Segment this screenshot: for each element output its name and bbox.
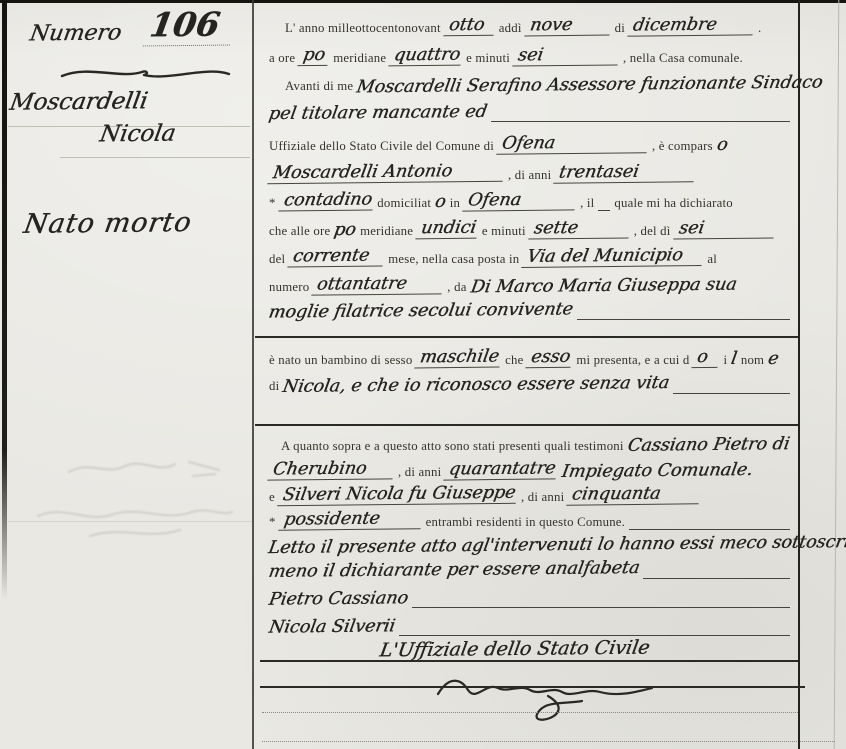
form-line: a orepomeridianequattroe minutisei, nell… — [269, 46, 794, 66]
handwritten-fill: po — [298, 46, 331, 67]
printed-text: * — [269, 195, 276, 212]
handwritten-fill: esso — [526, 348, 574, 369]
form-line: Nicola Silverii — [269, 618, 794, 636]
printed-text: a ore — [269, 50, 295, 67]
handwritten-text: Di Marco Maria Giuseppa sua — [469, 276, 738, 297]
handwritten-fill: Via del Municipio — [522, 246, 706, 268]
handwritten-text: l — [730, 350, 739, 368]
printed-text: entrambi residenti in questo Comune. — [426, 514, 625, 531]
ink-bleedthrough-mark — [63, 452, 233, 486]
printed-text: nom — [741, 352, 764, 369]
handwritten-text: o — [715, 136, 729, 154]
handwritten-text: po — [333, 221, 358, 240]
handwritten-text: Moscardelli Serafino Assessore funzionan… — [355, 74, 824, 97]
form-line: è nato un bambino di sessomaschilecheess… — [269, 348, 794, 368]
form-line: moglie filatrice secolui convivente — [269, 302, 794, 320]
handwritten-fill: maschile — [415, 348, 503, 369]
printed-text: del — [269, 251, 285, 268]
printed-text: mi presenta, e a cui d — [576, 352, 689, 369]
form-line: Cherubino, di anniquarantatreImpiegato C… — [269, 460, 794, 480]
closing-title: L'Uffiziale dello Stato Civile — [378, 639, 651, 662]
handwritten-text: pel titolare mancante ed — [267, 103, 488, 124]
margin-given-name: Nicola — [98, 122, 177, 147]
dotted-footer-line — [262, 712, 800, 713]
handwritten-fill: cinquanta — [567, 484, 703, 506]
official-signature-flourish — [430, 668, 660, 730]
printed-text: , è compars — [652, 138, 713, 155]
handwritten-fill: dicembre — [627, 15, 756, 37]
section-separator — [255, 336, 800, 338]
form-line: eSilveri Nicola fu Giuseppe, di annicinq… — [269, 485, 794, 505]
form-line: L' anno milleottocentonovantottoaddìnove… — [285, 16, 794, 36]
handwritten-text: e — [767, 350, 780, 368]
handwritten-fill: quarantatre — [444, 459, 560, 481]
printed-text: , di anni — [521, 489, 564, 506]
printed-text: che alle ore — [269, 223, 330, 240]
civil-record-page: Numero 106 Moscardelli Nicola Nato morto… — [0, 0, 846, 749]
blank-line — [577, 306, 790, 320]
handwritten-text: moglie filatrice secolui convivente — [267, 300, 574, 322]
printed-text: in — [450, 195, 460, 212]
handwritten-fill: ottantatre — [311, 274, 445, 296]
form-line: Avanti di meMoscardelli Serafino Assesso… — [285, 76, 794, 94]
handwritten-fill: possidente — [278, 509, 424, 531]
printed-text: , del dì — [634, 223, 671, 240]
act-body: L' anno milleottocentonovantottoaddìnove… — [255, 0, 800, 749]
form-line: Moscardelli Antonio, di annitrentasei — [269, 163, 794, 183]
blank-line — [598, 197, 610, 211]
handwritten-fill: quattro — [388, 46, 463, 67]
printed-text: , di anni — [508, 167, 551, 184]
handwritten-fill: Cherubino — [267, 459, 396, 481]
blank-line — [399, 622, 790, 636]
printed-text: Uffiziale dello Stato Civile del Comune … — [269, 138, 494, 155]
printed-text: domiciliat — [377, 195, 431, 212]
printed-text: mese, nella casa posta in — [388, 251, 519, 268]
handwritten-fill: undici — [415, 219, 479, 240]
printed-text: di — [615, 20, 625, 37]
printed-text: numero — [269, 279, 309, 296]
printed-text: Avanti di me — [285, 78, 353, 95]
handwritten-text: Pietro Cassiano — [267, 589, 409, 609]
printed-text: quale mi ha dichiarato — [614, 195, 732, 212]
form-line: delcorrentemese, nella casa posta inVia … — [269, 247, 794, 267]
printed-text: i — [723, 352, 727, 369]
form-line: che alle orepomeridianeundicie minutiset… — [269, 219, 794, 239]
printed-text: di — [269, 378, 279, 395]
printed-text: meridiane — [360, 223, 413, 240]
form-line: Letto il presente atto agl'intervenuti l… — [269, 536, 794, 554]
dotted-footer-line — [262, 741, 835, 742]
printed-text: A quanto sopra e a questo atto sono stat… — [281, 438, 624, 455]
printed-text: , da — [447, 279, 466, 296]
handwritten-fill: nove — [524, 16, 613, 37]
margin-ruled-line — [60, 157, 250, 158]
printed-text: meridiane — [333, 50, 386, 67]
handwritten-fill: o — [692, 348, 721, 369]
form-line: A quanto sopra e a questo atto sono stat… — [281, 436, 794, 454]
handwritten-text: Impiegato Comunale. — [560, 461, 754, 481]
handwritten-text: o — [434, 193, 448, 211]
printed-text: è nato un bambino di sesso — [269, 352, 412, 369]
blank-line — [412, 594, 790, 608]
printed-text: * — [269, 514, 276, 531]
closing-rule — [260, 686, 805, 688]
printed-text: L' anno milleottocentonovant — [285, 20, 441, 37]
form-line: diNicola, e che io riconosco essere senz… — [269, 376, 794, 394]
handwritten-fill: contadino — [278, 191, 375, 212]
printed-text: . — [758, 20, 761, 37]
form-line: *possidenteentrambi residenti in questo … — [269, 510, 794, 530]
handwritten-fill: Silveri Nicola fu Giuseppe — [277, 484, 519, 507]
blank-line — [491, 108, 790, 122]
numero-label: Numero — [28, 22, 123, 46]
printed-text: e minuti — [482, 223, 526, 240]
margin-column: Numero 106 Moscardelli Nicola Nato morto — [8, 0, 252, 749]
printed-text: al — [707, 251, 717, 268]
section-separator — [255, 424, 800, 426]
handwritten-fill: sette — [528, 218, 632, 239]
flourish-underline — [58, 62, 233, 84]
handwritten-text: Nicola Silverii — [267, 617, 396, 637]
handwritten-fill: sei — [673, 218, 777, 239]
form-line: pel titolare mancante ed — [269, 104, 794, 122]
printed-text: , nella Casa comunale. — [623, 50, 743, 67]
handwritten-fill: sei — [512, 45, 621, 66]
handwritten-fill: Ofena — [462, 190, 578, 212]
right-column-rule — [798, 0, 800, 749]
printed-text: e minuti — [466, 50, 510, 67]
printed-text: , il — [580, 195, 594, 212]
blank-line — [629, 516, 790, 530]
form-line: numeroottantatre, daDi Marco Maria Giuse… — [269, 275, 794, 295]
margin-annotation: Nato morto — [21, 209, 193, 239]
printed-text: e — [269, 489, 275, 506]
blank-line — [643, 565, 790, 579]
numero-value: 106 — [143, 8, 236, 47]
form-line: Pietro Cassiano — [269, 590, 794, 608]
blank-line — [673, 380, 790, 394]
column-divider-rule — [252, 0, 254, 749]
printed-text: , di anni — [398, 464, 441, 481]
handwritten-text: Cassiano Pietro di — [626, 435, 791, 455]
handwritten-fill: corrente — [287, 247, 386, 268]
form-line: *contadinodomiciliatoinOfena, ilquale mi… — [269, 191, 794, 211]
handwritten-fill: Moscardelli Antonio — [267, 162, 506, 185]
form-line: meno il dichiarante per essere analfabet… — [269, 561, 794, 579]
form-line: Uffiziale dello Stato Civile del Comune … — [269, 134, 794, 154]
page-border-left — [2, 0, 7, 600]
handwritten-fill: trentasei — [554, 162, 698, 184]
handwritten-fill: otto — [443, 16, 496, 37]
handwritten-fill: Ofena — [496, 133, 650, 155]
handwritten-text: Nicola, e che io riconosco essere senza … — [281, 374, 670, 396]
printed-text: addì — [499, 20, 522, 37]
printed-text: che — [505, 352, 523, 369]
handwritten-text: Letto il presente atto agl'intervenuti l… — [267, 533, 846, 558]
page-edge-line — [834, 0, 840, 749]
ink-bleedthrough-mark — [30, 498, 240, 544]
margin-surname: Moscardelli — [8, 89, 149, 115]
handwritten-text: meno il dichiarante per essere analfabet… — [267, 559, 641, 581]
closing-rule — [260, 660, 800, 662]
